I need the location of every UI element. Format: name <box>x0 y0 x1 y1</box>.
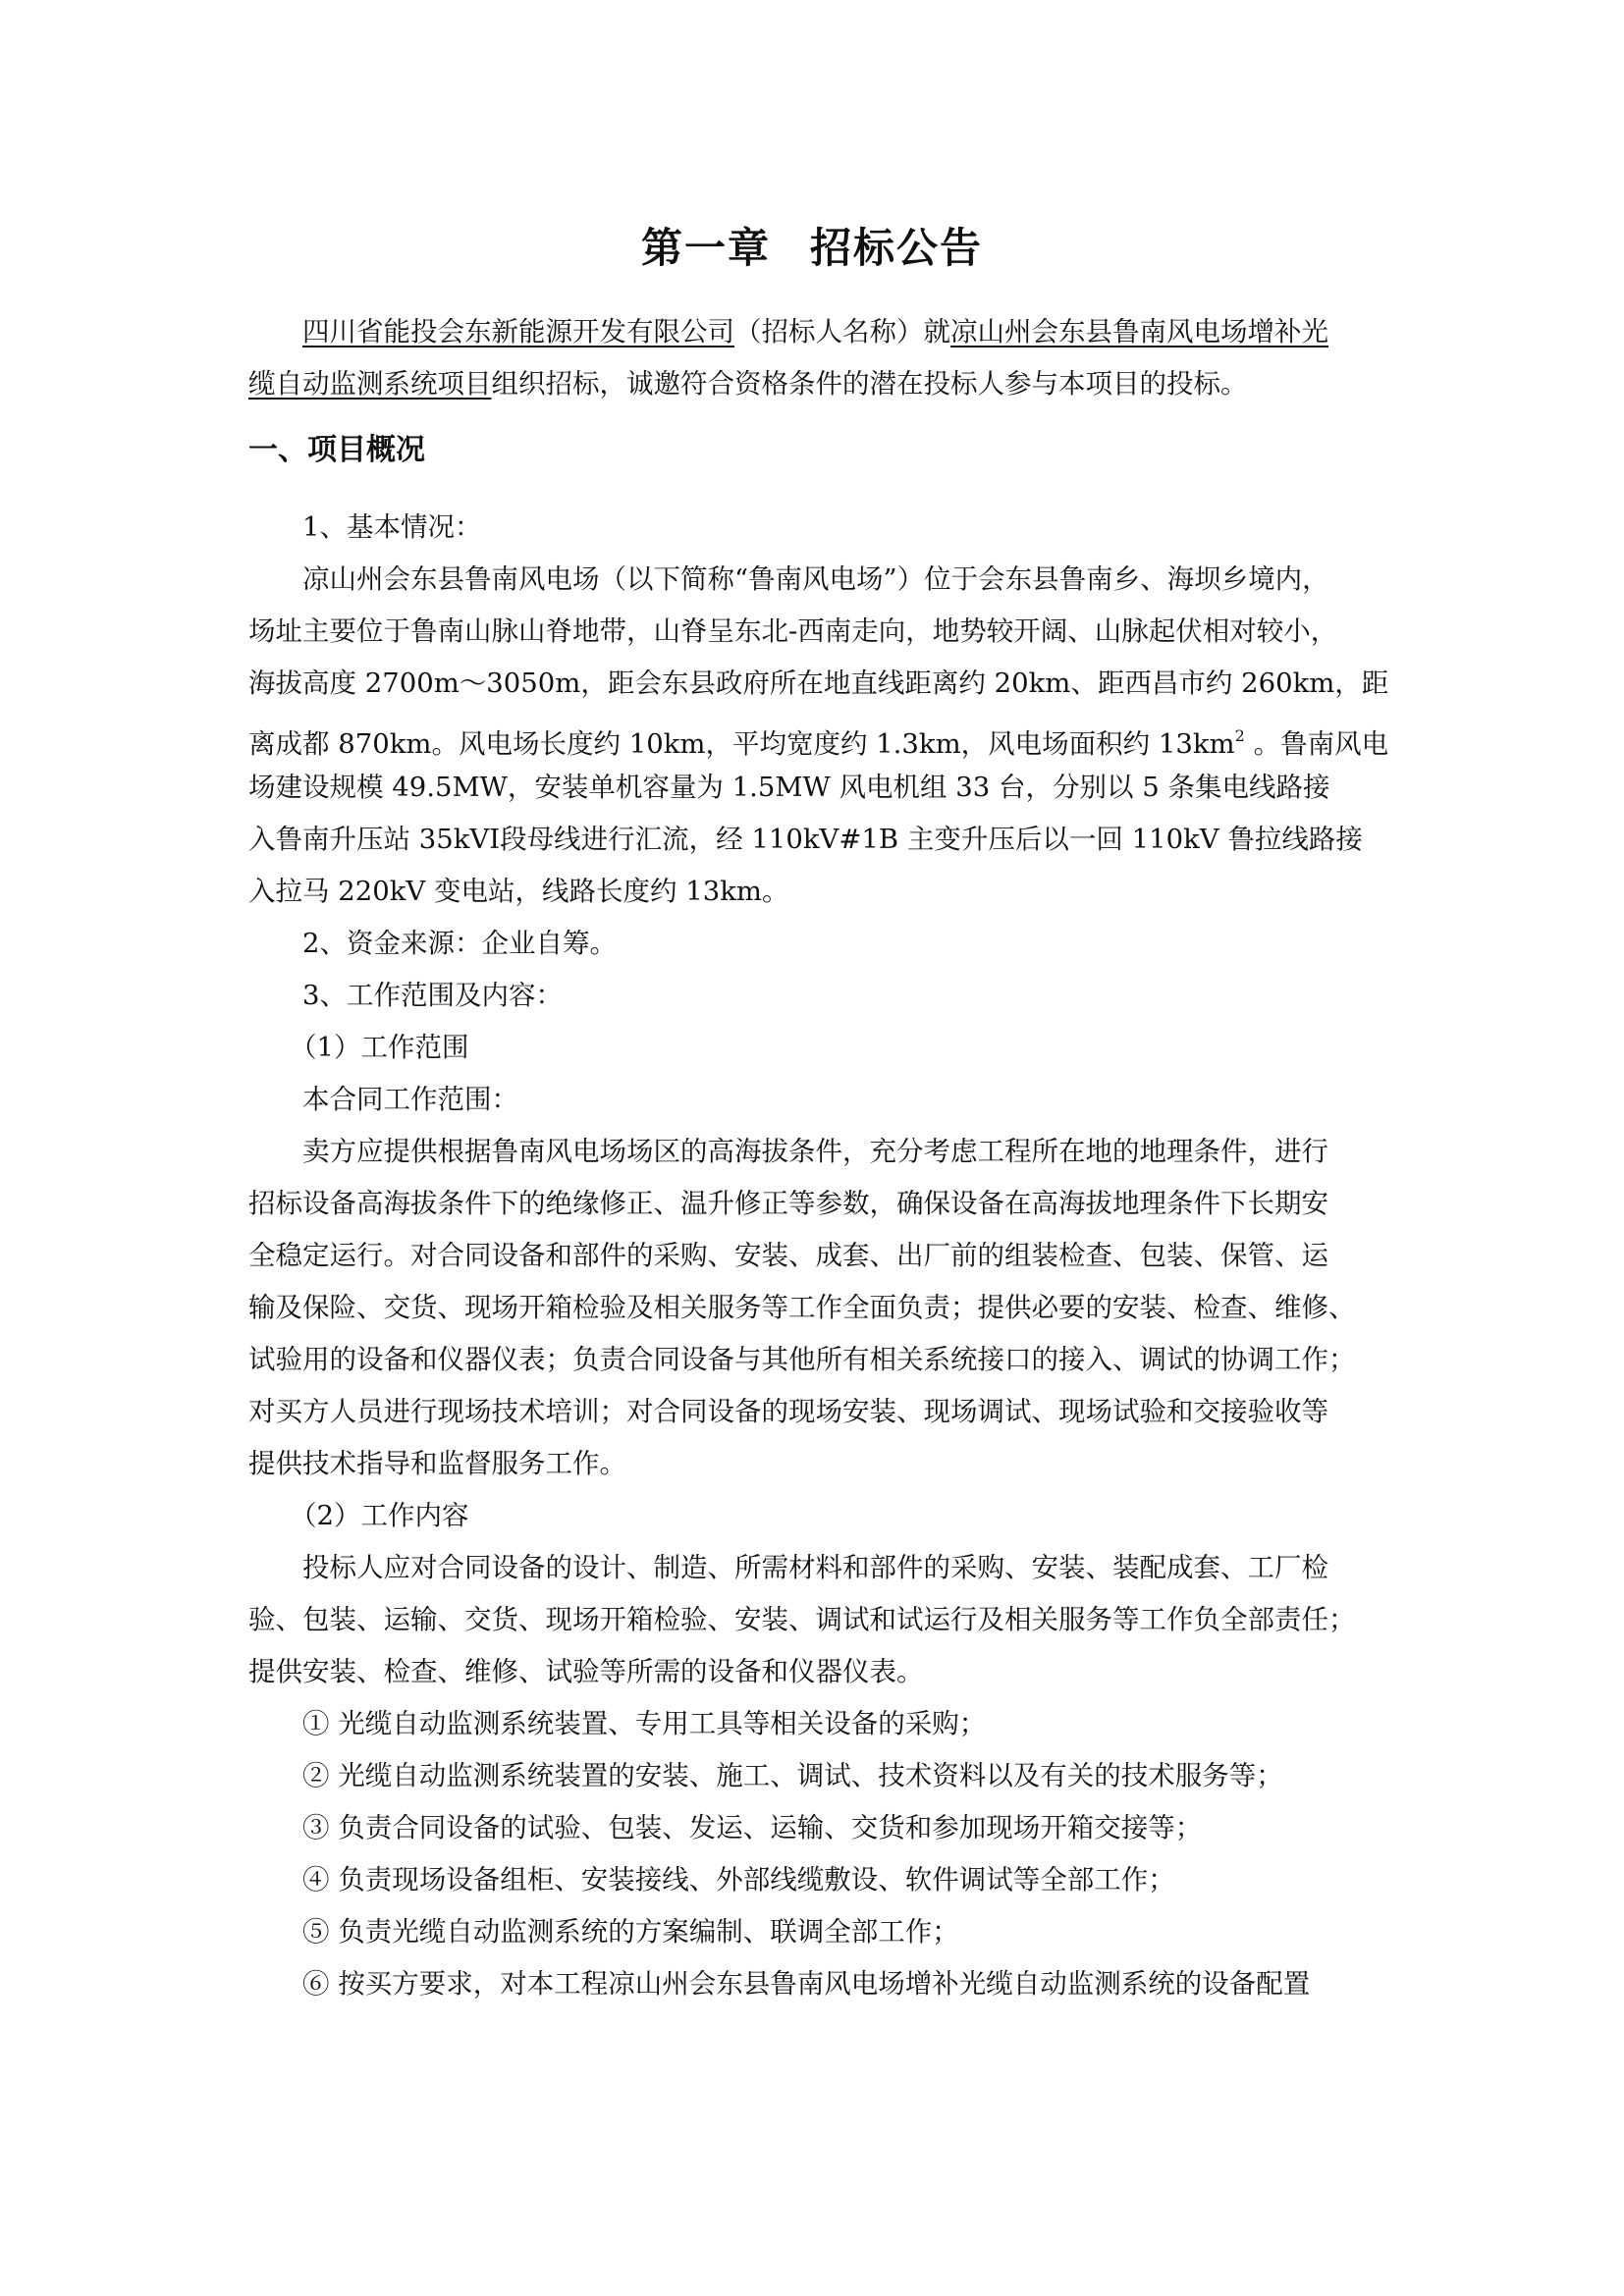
scope-line: 全稳定运行。对合同设备和部件的采购、安装、成套、出厂前的组装检查、包装、保管、运 <box>248 1230 1387 1282</box>
scope-line: 试验用的设备和仪器仪表；负责合同设备与其他所有相关系统接口的接入、调试的协调工作… <box>248 1334 1387 1386</box>
scope-line: 卖方应提供根据鲁南风电场场区的高海拔条件，充分考虑工程所在地的地理条件，进行 <box>248 1126 1387 1178</box>
basic-info-section: 1、基本情况： 凉山州会东县鲁南风电场（以下简称“鲁南风电场”）位于会东县鲁南乡… <box>248 502 1387 2010</box>
numbered-item: ① 光缆自动监测系统装置、专用工具等相关设备的采购； <box>248 1698 1387 1750</box>
basic-info-line: 入鲁南升压站 35kVⅠ段母线进行汇流，经 110kV#1B 主变升压后以一回 … <box>248 814 1387 866</box>
basic-info-line: 场址主要位于鲁南山脉山脊地带，山脊呈东北-西南走向，地势较开阔、山脉起伏相对较小… <box>248 606 1387 658</box>
basic-info-line: 海拔高度 2700m～3050m，距会东县政府所在地直线距离约 20km、距西昌… <box>248 658 1387 710</box>
tenderer-name: 四川省能投会东新能源开发有限公司 <box>302 316 734 347</box>
basic-info-line: 凉山州会东县鲁南风电场（以下简称“鲁南风电场”）位于会东县鲁南乡、海坝乡境内， <box>248 554 1387 606</box>
chapter-number: 第一章 <box>641 224 771 272</box>
document-page: 第一章招标公告 四川省能投会东新能源开发有限公司（招标人名称）就凉山州会东县鲁南… <box>0 0 1624 2296</box>
project-name-part2: 缆自动监测系统项目 <box>248 368 492 400</box>
scope-line: 对买方人员进行现场技术培训；对合同设备的现场安装、现场调试、现场试验和交接验收等 <box>248 1386 1387 1438</box>
scope-subheading: 本合同工作范围： <box>248 1074 1387 1126</box>
content-line: 投标人应对合同设备的设计、制造、所需材料和部件的采购、安装、装配成套、工厂检 <box>248 1542 1387 1594</box>
area-text: 离成都 870km。风电场长度约 10km，平均宽度约 1.3km，风电场面积约… <box>248 728 1235 760</box>
basic-info-line: 入拉马 220kV 变电站，线路长度约 13km。 <box>248 866 1387 918</box>
numbered-item: ④ 负责现场设备组柜、安装接线、外部线缆敷设、软件调试等全部工作； <box>248 1854 1387 1906</box>
numbered-item: ⑥ 按买方要求，对本工程凉山州会东县鲁南风电场增补光缆自动监测系统的设备配置 <box>248 1958 1387 2010</box>
section-heading-overview: 一、项目概况 <box>248 424 1387 476</box>
funding-source: 2、资金来源：企业自筹。 <box>248 918 1387 970</box>
numbered-item: ③ 负责合同设备的试验、包装、发运、运输、交货和参加现场开箱交接等； <box>248 1802 1387 1854</box>
content-line: 验、包装、运输、交货、现场开箱检验、安装、调试和试运行及相关服务等工作负全部责任… <box>248 1594 1387 1646</box>
basic-info-line-area: 离成都 870km。风电场长度约 10km，平均宽度约 1.3km，风电场面积约… <box>248 710 1387 762</box>
chapter-name: 招标公告 <box>810 224 983 272</box>
scope-line: 招标设备高海拔条件下的绝缘修正、温升修正等参数，确保设备在高海拔地理条件下长期安 <box>248 1178 1387 1230</box>
item3-heading: 3、工作范围及内容： <box>248 970 1387 1022</box>
numbered-item: ⑤ 负责光缆自动监测系统的方案编制、联调全部工作； <box>248 1906 1387 1958</box>
intro-tail: 组织招标，诚邀符合资格条件的潜在投标人参与本项目的投标。 <box>492 368 1248 400</box>
tenderer-label: （招标人名称）就 <box>734 316 950 347</box>
intro-paragraph: 四川省能投会东新能源开发有限公司（招标人名称）就凉山州会东县鲁南风电场增补光 缆… <box>248 306 1387 410</box>
intro-line-2: 缆自动监测系统项目组织招标，诚邀符合资格条件的潜在投标人参与本项目的投标。 <box>248 358 1387 410</box>
scope-line: 输及保险、交货、现场开箱检验及相关服务等工作全面负责；提供必要的安装、检查、维修… <box>248 1282 1387 1334</box>
section-heading-text: 一、项目概况 <box>248 424 1387 476</box>
content-line: 提供安装、检查、维修、试验等所需的设备和仪器仪表。 <box>248 1646 1387 1698</box>
item1-heading: 1、基本情况： <box>248 502 1387 554</box>
chapter-title: 第一章招标公告 <box>0 216 1624 275</box>
basic-info-line: 场建设规模 49.5MW，安装单机容量为 1.5MW 风电机组 33 台，分别以… <box>248 762 1387 814</box>
scope-heading: （1）工作范围 <box>248 1022 1387 1074</box>
numbered-item: ② 光缆自动监测系统装置的安装、施工、调试、技术资料以及有关的技术服务等； <box>248 1750 1387 1802</box>
project-name-part1: 凉山州会东县鲁南风电场增补光 <box>950 316 1328 347</box>
intro-line-1: 四川省能投会东新能源开发有限公司（招标人名称）就凉山州会东县鲁南风电场增补光 <box>248 306 1387 358</box>
area-tail: 。鲁南风电 <box>1245 728 1388 760</box>
content-heading: （2）工作内容 <box>248 1490 1387 1542</box>
scope-line: 提供技术指导和监督服务工作。 <box>248 1438 1387 1490</box>
area-superscript: 2 <box>1235 726 1245 745</box>
